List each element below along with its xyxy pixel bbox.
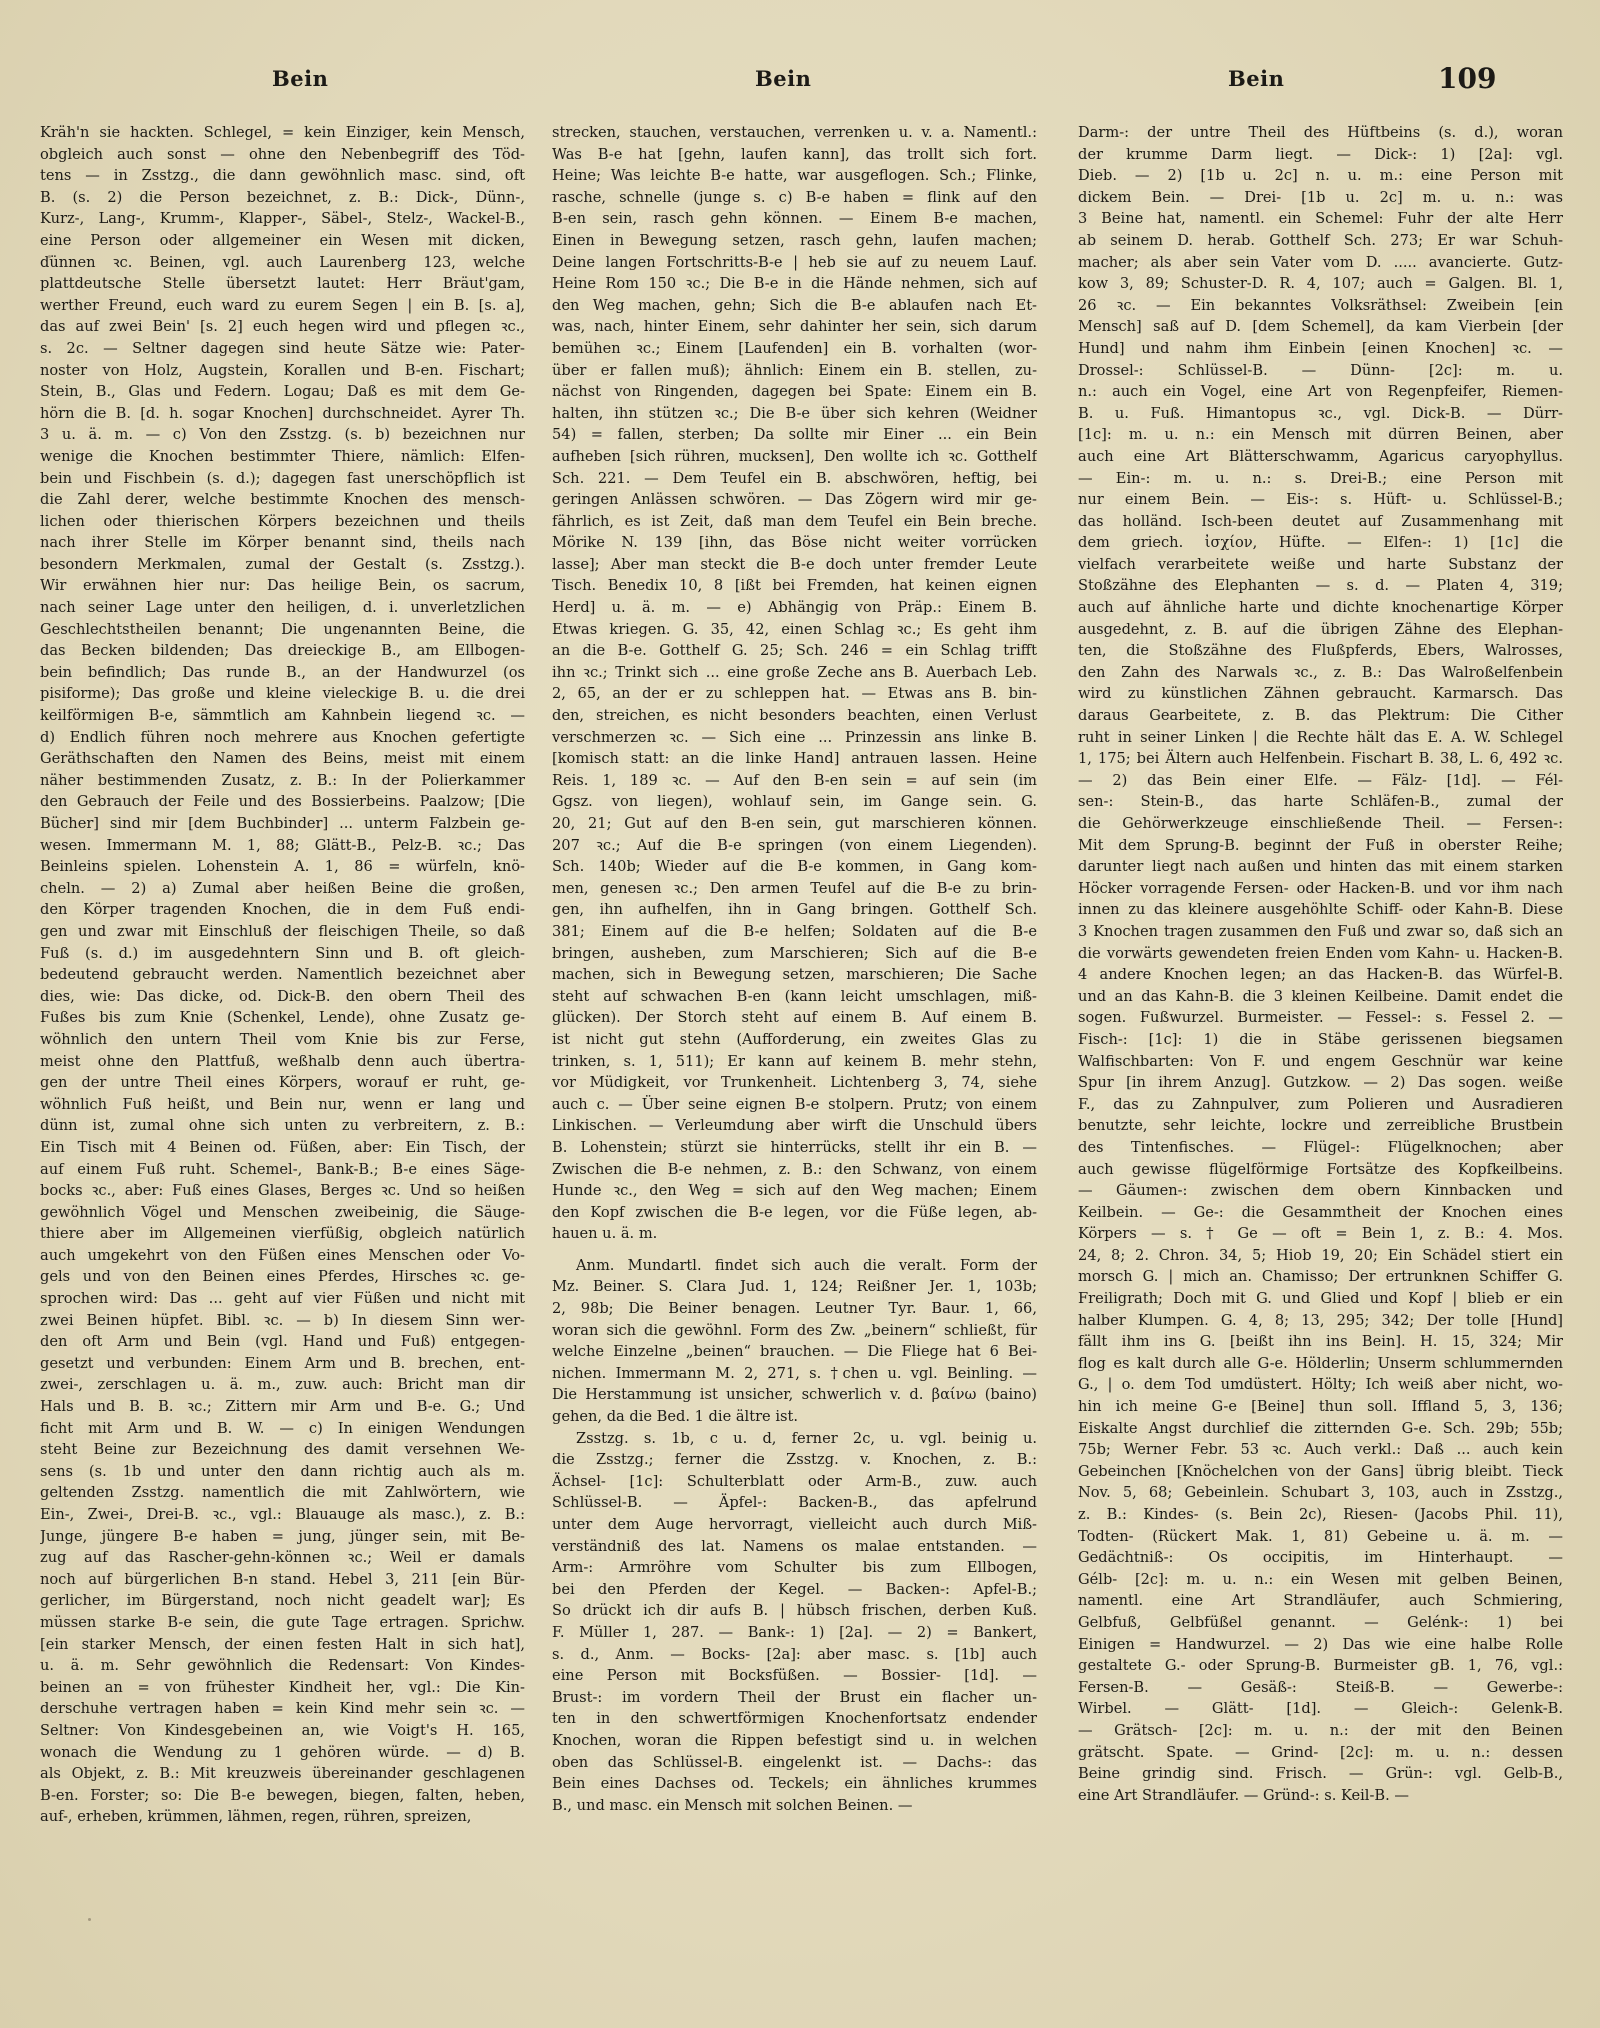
text-line: hin ich meine G-e [Beine] thun soll. Iff… [1078, 1396, 1563, 1418]
text-line: nur einem Bein. — Eis-: s. Hüft- u. Schl… [1078, 489, 1563, 511]
text-line: Kräh'n sie hackten. Schlegel, = kein Ein… [40, 122, 525, 144]
text-line: 20, 21; Gut auf den B-en sein, gut marsc… [552, 813, 1037, 835]
text-line: s. d., Anm. — Bocks- [2a]: aber masc. s.… [552, 1644, 1037, 1666]
text-line: auf einem Fuß ruht. Schemel-, Bank-B.; B… [40, 1159, 525, 1181]
running-head-middle: Bein [755, 66, 811, 91]
text-line: müssen starke B-e sein, die gute Tage er… [40, 1612, 525, 1634]
text-line: Knochen, woran die Rippen befestigt sind… [552, 1730, 1037, 1752]
text-line: noster von Holz, Augstein, Korallen und … [40, 360, 525, 382]
text-line: trinken, s. 1, 511); Er kann auf keinem … [552, 1051, 1037, 1073]
text-line: Deine langen Fortschritts-B-e | heb sie … [552, 252, 1037, 274]
text-line: den Gebrauch der Feile und des Bossierbe… [40, 791, 525, 813]
text-line: gen, ihn aufhelfen, ihn in Gang bringen.… [552, 899, 1037, 921]
text-line: gen und zwar mit Einschluß der fleischig… [40, 921, 525, 943]
text-line: bemühen ꝛc.; Einem [Laufenden] ein B. vo… [552, 338, 1037, 360]
text-line: Etwas kriegen. G. 35, 42, einen Schlag ꝛ… [552, 619, 1037, 641]
text-line: G., | o. dem Tod umdüstert. Hölty; Ich w… [1078, 1374, 1563, 1396]
running-head-right: Bein [1228, 66, 1284, 91]
text-line: Junge, jüngere B-e haben = jung, jünger … [40, 1526, 525, 1548]
column-3: Darm-: der untre Theil des Hüftbeins (s.… [1078, 122, 1563, 1806]
text-line: fällt ihm ins G. [beißt ihn ins Bein]. H… [1078, 1331, 1563, 1353]
text-line: obgleich auch sonst — ohne den Nebenbegr… [40, 144, 525, 166]
text-line: grätscht. Spate. — Grind- [2c]: m. u. n.… [1078, 1742, 1563, 1764]
text-line: bein befindlich; Das runde B., an der Ha… [40, 662, 525, 684]
text-line: nach ihrer Stelle im Körper benannt sind… [40, 532, 525, 554]
text-line: s. 2c. — Seltner dagegen sind heute Sätz… [40, 338, 525, 360]
text-line: daraus Gearbeitete, z. B. das Plektrum: … [1078, 705, 1563, 727]
text-line: Einigen = Handwurzel. — 2) Das wie eine … [1078, 1634, 1563, 1656]
text-line: Tisch. Benedix 10, 8 [ißt bei Fremden, h… [552, 575, 1037, 597]
text-line: 2, 98b; Die Beiner benagen. Leutner Tyr.… [552, 1298, 1037, 1320]
text-line: halten, ihn stützen ꝛc.; Die B-e über si… [552, 403, 1037, 425]
text-line: cheln. — 2) a) Zumal aber heißen Beine d… [40, 878, 525, 900]
text-line: das holländ. Isch-been deutet auf Zusamm… [1078, 511, 1563, 533]
text-line: Freiligrath; Doch mit G. und Glied und K… [1078, 1288, 1563, 1310]
text-line: dickem Bein. — Drei- [1b u. 2c] m. u. n.… [1078, 187, 1563, 209]
text-line: plattdeutsche Stelle übersetzt lautet: H… [40, 273, 525, 295]
text-line: 2, 65, an der er zu schleppen hat. — Etw… [552, 683, 1037, 705]
text-line: Körpers — s. † Ge — oft = Bein 1, z. B.:… [1078, 1223, 1563, 1245]
text-line: wesen. Immermann M. 1, 88; Glätt-B., Pel… [40, 835, 525, 857]
text-line: 24, 8; 2. Chron. 34, 5; Hiob 19, 20; Ein… [1078, 1245, 1563, 1267]
text-line: Hals und B. B. ꝛc.; Zittern mir Arm und … [40, 1396, 525, 1418]
paragraph-gap [552, 1245, 1037, 1255]
text-line: woran sich die gewöhnl. Form des Zw. „be… [552, 1320, 1037, 1342]
text-line: dies, wie: Das dicke, od. Dick-B. den ob… [40, 986, 525, 1008]
text-line: welche Einzelne „beinen“ brauchen. — Die… [552, 1341, 1037, 1363]
text-line: strecken, stauchen, verstauchen, verrenk… [552, 122, 1037, 144]
page-number: 109 [1438, 62, 1496, 95]
text-line: beinen an = von frühester Kindheit her, … [40, 1677, 525, 1699]
text-line: auch c. — Über seine eignen B-e stolpern… [552, 1094, 1037, 1116]
text-line: werther Freund, euch ward zu eurem Segen… [40, 295, 525, 317]
text-line: morsch G. | mich an. Chamisso; Der ertru… [1078, 1266, 1563, 1288]
text-line: gen der untre Theil eines Körpers, worau… [40, 1072, 525, 1094]
text-line: Was B-e hat [gehn, laufen kann], das tro… [552, 144, 1037, 166]
text-line: macher; als aber sein Vater vom D. .....… [1078, 252, 1563, 274]
text-line: 4 andere Knochen legen; an das Hacken-B.… [1078, 964, 1563, 986]
text-line: Reis. 1, 189 ꝛc. — Auf den B-en sein = a… [552, 770, 1037, 792]
text-line: wird zu künstlichen Zähnen gebraucht. Ka… [1078, 683, 1563, 705]
text-line: B. (s. 2) die Person bezeichnet, z. B.: … [40, 187, 525, 209]
text-line: Höcker vorragende Fersen- oder Hacken-B.… [1078, 878, 1563, 900]
text-line: die vorwärts gewendeten freien Enden vom… [1078, 943, 1563, 965]
text-line: den Weg machen, gehn; Sich die B-e ablau… [552, 295, 1037, 317]
text-line: benutzte, sehr leichte, lockre und zerre… [1078, 1115, 1563, 1137]
text-line: steht auf schwachen B-en (kann leicht um… [552, 986, 1037, 1008]
text-line: B-en sein, rasch gehn können. — Einem B-… [552, 208, 1037, 230]
text-line: über er fallen muß); ähnlich: Einem ein … [552, 360, 1037, 382]
text-line: wonach die Wendung zu 1 gehören würde. —… [40, 1742, 525, 1764]
text-line: gestaltete G.- oder Sprung-B. Burmeister… [1078, 1655, 1563, 1677]
text-line: lasse]; Aber man steckt die B-e doch unt… [552, 554, 1037, 576]
text-line: hauen u. ä. m. [552, 1223, 1037, 1245]
text-line: bringen, ausheben, zum Marschieren; Sich… [552, 943, 1037, 965]
text-line: Darm-: der untre Theil des Hüftbeins (s.… [1078, 122, 1563, 144]
text-line: Mörike N. 139 [ihn, das Böse nicht weite… [552, 532, 1037, 554]
text-line: [ein starker Mensch, der einen festen Ha… [40, 1634, 525, 1656]
text-line: der krumme Darm liegt. — Dick-: 1) [2a]:… [1078, 144, 1563, 166]
text-line: Ggsz. von liegen), wohlauf sein, im Gang… [552, 791, 1037, 813]
text-line: was, nach, hinter Einem, sehr dahinter h… [552, 316, 1037, 338]
text-line: Drossel-: Schlüssel-B. — Dünn- [2c]: m. … [1078, 360, 1563, 382]
text-line: Einen in Bewegung setzen, rasch gehn, la… [552, 230, 1037, 252]
text-line: aufheben [sich rühren, mucksen], Den wol… [552, 446, 1037, 468]
text-line: wenige die Knochen bestimmter Thiere, nä… [40, 446, 525, 468]
text-line: derschuhe vertragen haben = kein Kind me… [40, 1698, 525, 1720]
text-line: machen, sich in Bewegung setzen, marschi… [552, 964, 1037, 986]
text-line: Fußes bis zum Knie (Schenkel, Lende), oh… [40, 1007, 525, 1029]
text-line: d) Endlich führen noch mehrere aus Knoch… [40, 727, 525, 749]
text-line: Bücher] sind mir [dem Buchbinder] ... un… [40, 813, 525, 835]
text-line: 381; Einem auf die B-e helfen; Soldaten … [552, 921, 1037, 943]
text-line: Ein Tisch mit 4 Beinen od. Füßen, aber: … [40, 1137, 525, 1159]
text-line: z. B.: Kindes- (s. Bein 2c), Riesen- (Ja… [1078, 1504, 1563, 1526]
text-line: den Zahn des Narwals ꝛc., z. B.: Das Wal… [1078, 662, 1563, 684]
text-line: sogen. Fußwurzel. Burmeister. — Fessel-:… [1078, 1007, 1563, 1029]
text-line: nichen. Immermann M. 2, 271, s. †chen u.… [552, 1363, 1037, 1385]
text-line: gehen, da die Bed. 1 die ältre ist. [552, 1406, 1037, 1428]
text-line: Anm. Mundartl. findet sich auch die vera… [552, 1255, 1037, 1277]
paper-speck [48, 255, 51, 258]
text-line: Heine; Was leichte B-e hatte, war ausgef… [552, 165, 1037, 187]
text-line: geltenden Zsstzg. namentlich die mit Zah… [40, 1482, 525, 1504]
text-line: darunter liegt nach außen und hinten das… [1078, 856, 1563, 878]
text-line: Stoßzähne des Elephanten — s. d. — Plate… [1078, 575, 1563, 597]
text-line: Nov. 5, 68; Gebeinlein. Schubart 3, 103,… [1078, 1482, 1563, 1504]
text-line: Schlüssel-B. — Äpfel-: Backen-B., das ap… [552, 1492, 1037, 1514]
text-line: So drückt ich dir aufs B. | hübsch frisc… [552, 1600, 1037, 1622]
text-line: verschmerzen ꝛc. — Sich eine ... Prinzes… [552, 727, 1037, 749]
text-line: Todten- (Rückert Mak. 1, 81) Gebeine u. … [1078, 1526, 1563, 1548]
text-line: ihn ꝛc.; Trinkt sich ... eine große Zech… [552, 662, 1037, 684]
text-line: 3 Beine hat, namentl. ein Schemel: Fuhr … [1078, 208, 1563, 230]
text-line: Mit dem Sprung-B. beginnt der Fuß in obe… [1078, 835, 1563, 857]
text-line: Keilbein. — Ge-: die Gesammtheit der Kno… [1078, 1202, 1563, 1224]
text-line: Hund] und nahm ihm Einbein [einen Knoche… [1078, 338, 1563, 360]
text-line: eine Art Strandläufer. — Gründ-: s. Keil… [1078, 1785, 1563, 1807]
text-line: namentl. eine Art Strandläufer, auch Sch… [1078, 1590, 1563, 1612]
text-line: 1, 175; bei Ältern auch Helfenbein. Fisc… [1078, 748, 1563, 770]
text-line: auf-, erheben, krümmen, lähmen, regen, r… [40, 1806, 525, 1828]
text-line: noch auf bürgerlichen B-n stand. Hebel 3… [40, 1569, 525, 1591]
column-1: Kräh'n sie hackten. Schlegel, = kein Ein… [40, 122, 525, 1828]
text-line: Spur [in ihrem Anzug]. Gutzkow. — 2) Das… [1078, 1072, 1563, 1094]
text-line: Wir erwähnen hier nur: Das heilige Bein,… [40, 575, 525, 597]
text-line: verständniß des lat. Namens os malae ent… [552, 1536, 1037, 1558]
text-line: auch eine Art Blätterschwamm, Agaricus c… [1078, 446, 1563, 468]
text-line: Sch. 221. — Dem Teufel ein B. abschwören… [552, 468, 1037, 490]
text-line: Die Herstammung ist unsicher, schwerlich… [552, 1384, 1037, 1406]
text-line: Ächsel- [1c]: Schulterblatt oder Arm-B.,… [552, 1471, 1037, 1493]
text-line: Fersen-B. — Gesäß-: Steiß-B. — Gewerbe-: [1078, 1677, 1563, 1699]
text-line: Herd] u. ä. m. — e) Abhängig von Präp.: … [552, 597, 1037, 619]
text-line: Arm-: Armröhre vom Schulter bis zum Ellb… [552, 1557, 1037, 1579]
paper-speck [88, 1918, 91, 1921]
paper-speck [1510, 738, 1513, 741]
text-line: Ein-, Zwei-, Drei-B. ꝛc., vgl.: Blauauge… [40, 1504, 525, 1526]
text-line: ten in den schwertförmigen Knochenfortsa… [552, 1708, 1037, 1730]
text-line: die Zsstzg.; ferner die Zsstzg. v. Knoch… [552, 1449, 1037, 1471]
text-line: den, streichen, es nicht besonders beach… [552, 705, 1037, 727]
text-line: Kurz-, Lang-, Krumm-, Klapper-, Säbel-, … [40, 208, 525, 230]
text-line: gels und von den Beinen eines Pferdes, H… [40, 1266, 525, 1288]
text-line: meist ohne den Plattfuß, weßhalb denn au… [40, 1051, 525, 1073]
text-line: Bein eines Dachses od. Teckels; ein ähnl… [552, 1773, 1037, 1795]
text-line: ausgedehnt, z. B. auf die übrigen Zähne … [1078, 619, 1563, 641]
text-line: ab seinem D. herab. Gotthelf Sch. 273; E… [1078, 230, 1563, 252]
text-line: Gebeinchen [Knöchelchen von der Gans] üb… [1078, 1461, 1563, 1483]
text-line: hörn die B. [d. h. sogar Knochen] durchs… [40, 403, 525, 425]
dictionary-columns: Kräh'n sie hackten. Schlegel, = kein Ein… [40, 122, 1560, 2002]
text-line: sens (s. 1b und unter den dann richtig a… [40, 1461, 525, 1483]
text-line: dünnen ꝛc. Beinen, vgl. auch Laurenberg … [40, 252, 525, 274]
text-line: gerlicher, im Bürgerstand, noch nicht ge… [40, 1590, 525, 1612]
text-line: Hunde ꝛc., den Weg = sich auf den Weg ma… [552, 1180, 1037, 1202]
text-line: ficht mit Arm und B. W. — c) In einigen … [40, 1418, 525, 1440]
text-line: Walfischbarten: Von F. und engem Geschnü… [1078, 1051, 1563, 1073]
text-line: B-en. Forster; so: Die B-e bewegen, bieg… [40, 1785, 525, 1807]
text-line: Beinleins spielen. Lohenstein A. 1, 86 =… [40, 856, 525, 878]
text-line: Mensch] saß auf D. [dem Schemel], da kam… [1078, 316, 1563, 338]
text-line: glücken). Der Storch steht auf einem B. … [552, 1007, 1037, 1029]
text-line: — Grätsch- [2c]: m. u. n.: der mit den B… [1078, 1720, 1563, 1742]
text-line: an die B-e. Gotthelf G. 25; Sch. 246 = e… [552, 640, 1037, 662]
text-line: Linkischen. — Verleumdung aber wirft die… [552, 1115, 1037, 1137]
text-line: sprochen wird: Das ... geht auf vier Füß… [40, 1288, 525, 1310]
text-line: oben das Schlüssel-B. eingelenkt ist. — … [552, 1752, 1037, 1774]
text-line: vielfach verarbeitete weiße und harte Su… [1078, 554, 1563, 576]
text-line: [komisch statt: an die linke Hand] antra… [552, 748, 1037, 770]
text-line: men, genesen ꝛc.; Den armen Teufel auf d… [552, 878, 1037, 900]
text-line: bedeutend gebraucht werden. Namentlich b… [40, 964, 525, 986]
text-line: zug auf das Rascher-gehn-können ꝛc.; Wei… [40, 1547, 525, 1569]
text-line: F., das zu Zahnpulver, zum Polieren und … [1078, 1094, 1563, 1116]
text-line: 54) = fallen, sterben; Da sollte mir Ein… [552, 424, 1037, 446]
text-line: Seltner: Von Kindesgebeinen an, wie Voig… [40, 1720, 525, 1742]
text-line: Gélb- [2c]: m. u. n.: ein Wesen mit gelb… [1078, 1569, 1563, 1591]
column-2: strecken, stauchen, verstauchen, verrenk… [552, 122, 1037, 1816]
text-line: auch auf ähnliche harte und dichte knoch… [1078, 597, 1563, 619]
text-line: — Ein-: m. u. n.: s. Drei-B.; eine Perso… [1078, 468, 1563, 490]
text-line: den Körper tragenden Knochen, die in dem… [40, 899, 525, 921]
text-line: Geschlechtstheilen benannt; Die ungenann… [40, 619, 525, 641]
text-line: halber Klumpen. G. 4, 8; 13, 295; 342; D… [1078, 1310, 1563, 1332]
text-line: vor Müdigkeit, vor Trunkenheit. Lichtenb… [552, 1072, 1037, 1094]
text-line: nächst von Ringenden, dagegen bei Spate:… [552, 381, 1037, 403]
text-line: bocks ꝛc., aber: Fuß eines Glases, Berge… [40, 1180, 525, 1202]
text-line: Heine Rom 150 ꝛc.; Die B-e in die Hände … [552, 273, 1037, 295]
text-line: Brust-: im vordern Theil der Brust ein f… [552, 1687, 1037, 1709]
text-line: lichen oder thierischen Körpers bezeichn… [40, 511, 525, 533]
text-line: Eiskalte Angst durchlief die zitternden … [1078, 1418, 1563, 1440]
text-line: — 2) das Bein einer Elfe. — Fälz- [1d]. … [1078, 770, 1563, 792]
text-line: näher bestimmenden Zusatz, z. B.: In der… [40, 770, 525, 792]
text-line: gewöhnlich Vögel und Menschen zweibeinig… [40, 1202, 525, 1224]
text-line: den Kopf zwischen die B-e legen, vor die… [552, 1202, 1037, 1224]
text-line: sen-: Stein-B., das harte Schläfen-B., z… [1078, 791, 1563, 813]
text-line: Fuß (s. d.) im ausgedehntern Sinn und B.… [40, 943, 525, 965]
text-line: thiere aber im Allgemeinen vierfüßig, ob… [40, 1223, 525, 1245]
text-line: pisiforme); Das große und kleine vieleck… [40, 683, 525, 705]
text-line: die Zahl derer, welche bestimmte Knochen… [40, 489, 525, 511]
text-line: rasche, schnelle (junge s. c) B-e haben … [552, 187, 1037, 209]
text-line: die Gehörwerkzeuge einschließende Theil.… [1078, 813, 1563, 835]
text-line: n.: auch ein Vogel, eine Art von Regenpf… [1078, 381, 1563, 403]
text-line: Dieb. — 2) [1b u. 2c] n. u. m.: eine Per… [1078, 165, 1563, 187]
text-line: ten, die Stoßzähne des Flußpferds, Ebers… [1078, 640, 1563, 662]
text-line: dem griech. ἰσχίον, Hüfte. — Elfen-: 1) … [1078, 532, 1563, 554]
text-line: Stein, B., Glas und Federn. Logau; Daß e… [40, 381, 525, 403]
text-line: 75b; Werner Febr. 53 ꝛc. Auch verkl.: Da… [1078, 1439, 1563, 1461]
text-line: Wirbel. — Glätt- [1d]. — Gleich-: Gelenk… [1078, 1698, 1563, 1720]
text-line: Zsstzg. s. 1b, c u. d, ferner 2c, u. vgl… [552, 1428, 1037, 1450]
text-line: keilförmigen B-e, sämmtlich am Kahnbein … [40, 705, 525, 727]
text-line: Zwischen die B-e nehmen, z. B.: den Schw… [552, 1159, 1037, 1181]
text-line: geringen Anlässen schwören. — Das Zögern… [552, 489, 1037, 511]
text-line: nach seiner Lage unter den heiligen, d. … [40, 597, 525, 619]
text-line: und an das Kahn-B. die 3 kleinen Keilbei… [1078, 986, 1563, 1008]
running-head-left: Bein [272, 66, 328, 91]
text-line: Fisch-: [1c]: 1) die in Stäbe gerissenen… [1078, 1029, 1563, 1051]
text-line: innen zu das kleinere ausgehöhlte Schiff… [1078, 899, 1563, 921]
running-header: Bein Bein Bein 109 [40, 66, 1560, 106]
text-line: u. ä. m. Sehr gewöhnlich die Redensart: … [40, 1655, 525, 1677]
text-line: kow 3, 89; Schuster-D. R. 4, 107; auch =… [1078, 273, 1563, 295]
text-line: Beine grindig sind. Frisch. — Grün-: vgl… [1078, 1763, 1563, 1785]
text-line: 3 Knochen tragen zusammen den Fuß und zw… [1078, 921, 1563, 943]
text-line: zwei Beinen hüpfet. Bibl. ꝛc. — b) In di… [40, 1310, 525, 1332]
text-line: auch gewisse flügelförmige Fortsätze des… [1078, 1159, 1563, 1181]
text-line: wöhnlich Fuß heißt, und Bein nur, wenn e… [40, 1094, 525, 1116]
text-line: — Gäumen-: zwischen dem obern Kinnbacken… [1078, 1180, 1563, 1202]
text-line: den oft Arm und Bein (vgl. Hand und Fuß)… [40, 1331, 525, 1353]
text-line: eine Person oder allgemeiner ein Wesen m… [40, 230, 525, 252]
text-line: gesetzt und verbunden: Einem Arm und B. … [40, 1353, 525, 1375]
text-line: bei den Pferden der Kegel. — Backen-: Ap… [552, 1579, 1037, 1601]
text-line: zwei-, zerschlagen u. ä. m., zuw. auch: … [40, 1374, 525, 1396]
text-line: Mz. Beiner. S. Clara Jud. 1, 124; Reißne… [552, 1276, 1037, 1298]
text-line: das auf zwei Bein' [s. 2] euch hegen wir… [40, 316, 525, 338]
text-line: B. u. Fuß. Himantopus ꝛc., vgl. Dick-B. … [1078, 403, 1563, 425]
text-line: 207 ꝛc.; Auf die B-e springen (von einem… [552, 835, 1037, 857]
text-line: 3 u. ä. m. — c) Von den Zsstzg. (s. b) b… [40, 424, 525, 446]
text-line: des Tintenfisches. — Flügel-: Flügelknoc… [1078, 1137, 1563, 1159]
text-line: ruht in seiner Linken | die Rechte hält … [1078, 727, 1563, 749]
text-line: B., und masc. ein Mensch mit solchen Bei… [552, 1795, 1037, 1817]
text-line: B. Lohenstein; stürzt sie hinterrücks, s… [552, 1137, 1037, 1159]
text-line: besondern Merkmalen, zumal der Gestalt (… [40, 554, 525, 576]
text-line: tens — in Zsstzg., die dann gewöhnlich m… [40, 165, 525, 187]
text-line: 26 ꝛc. — Ein bekanntes Volksräthsel: Zwe… [1078, 295, 1563, 317]
text-line: eine Person mit Bocksfüßen. — Bossier- [… [552, 1665, 1037, 1687]
text-line: bein und Fischbein (s. d.); dagegen fast… [40, 468, 525, 490]
text-line: wöhnlich den untern Theil vom Knie bis z… [40, 1029, 525, 1051]
text-line: fährlich, es ist Zeit, daß man dem Teufe… [552, 511, 1037, 533]
text-line: steht Beine zur Bezeichnung des damit ve… [40, 1439, 525, 1461]
text-line: Gelbfuß, Gelbfüßel genannt. — Gelénk-: 1… [1078, 1612, 1563, 1634]
text-line: [1c]: m. u. n.: ein Mensch mit dürren Be… [1078, 424, 1563, 446]
text-line: das Becken bildenden; Das dreieckige B.,… [40, 640, 525, 662]
text-line: flog es kalt durch alle G-e. Hölderlin; … [1078, 1353, 1563, 1375]
text-line: als Objekt, z. B.: Mit kreuzweis überein… [40, 1763, 525, 1785]
text-line: Sch. 140b; Wieder auf die B-e kommen, in… [552, 856, 1037, 878]
text-line: auch umgekehrt von den Füßen eines Mensc… [40, 1245, 525, 1267]
text-line: unter dem Auge hervorragt, vielleicht au… [552, 1514, 1037, 1536]
text-line: F. Müller 1, 287. — Bank-: 1) [2a]. — 2)… [552, 1622, 1037, 1644]
text-line: Geräthschaften den Namen des Beins, meis… [40, 748, 525, 770]
text-line: dünn ist, zumal ohne sich unten zu verbr… [40, 1115, 525, 1137]
text-line: Gedächtniß-: Os occipitis, im Hinterhaup… [1078, 1547, 1563, 1569]
text-line: ist nicht gut stehn (Aufforderung, ein z… [552, 1029, 1037, 1051]
